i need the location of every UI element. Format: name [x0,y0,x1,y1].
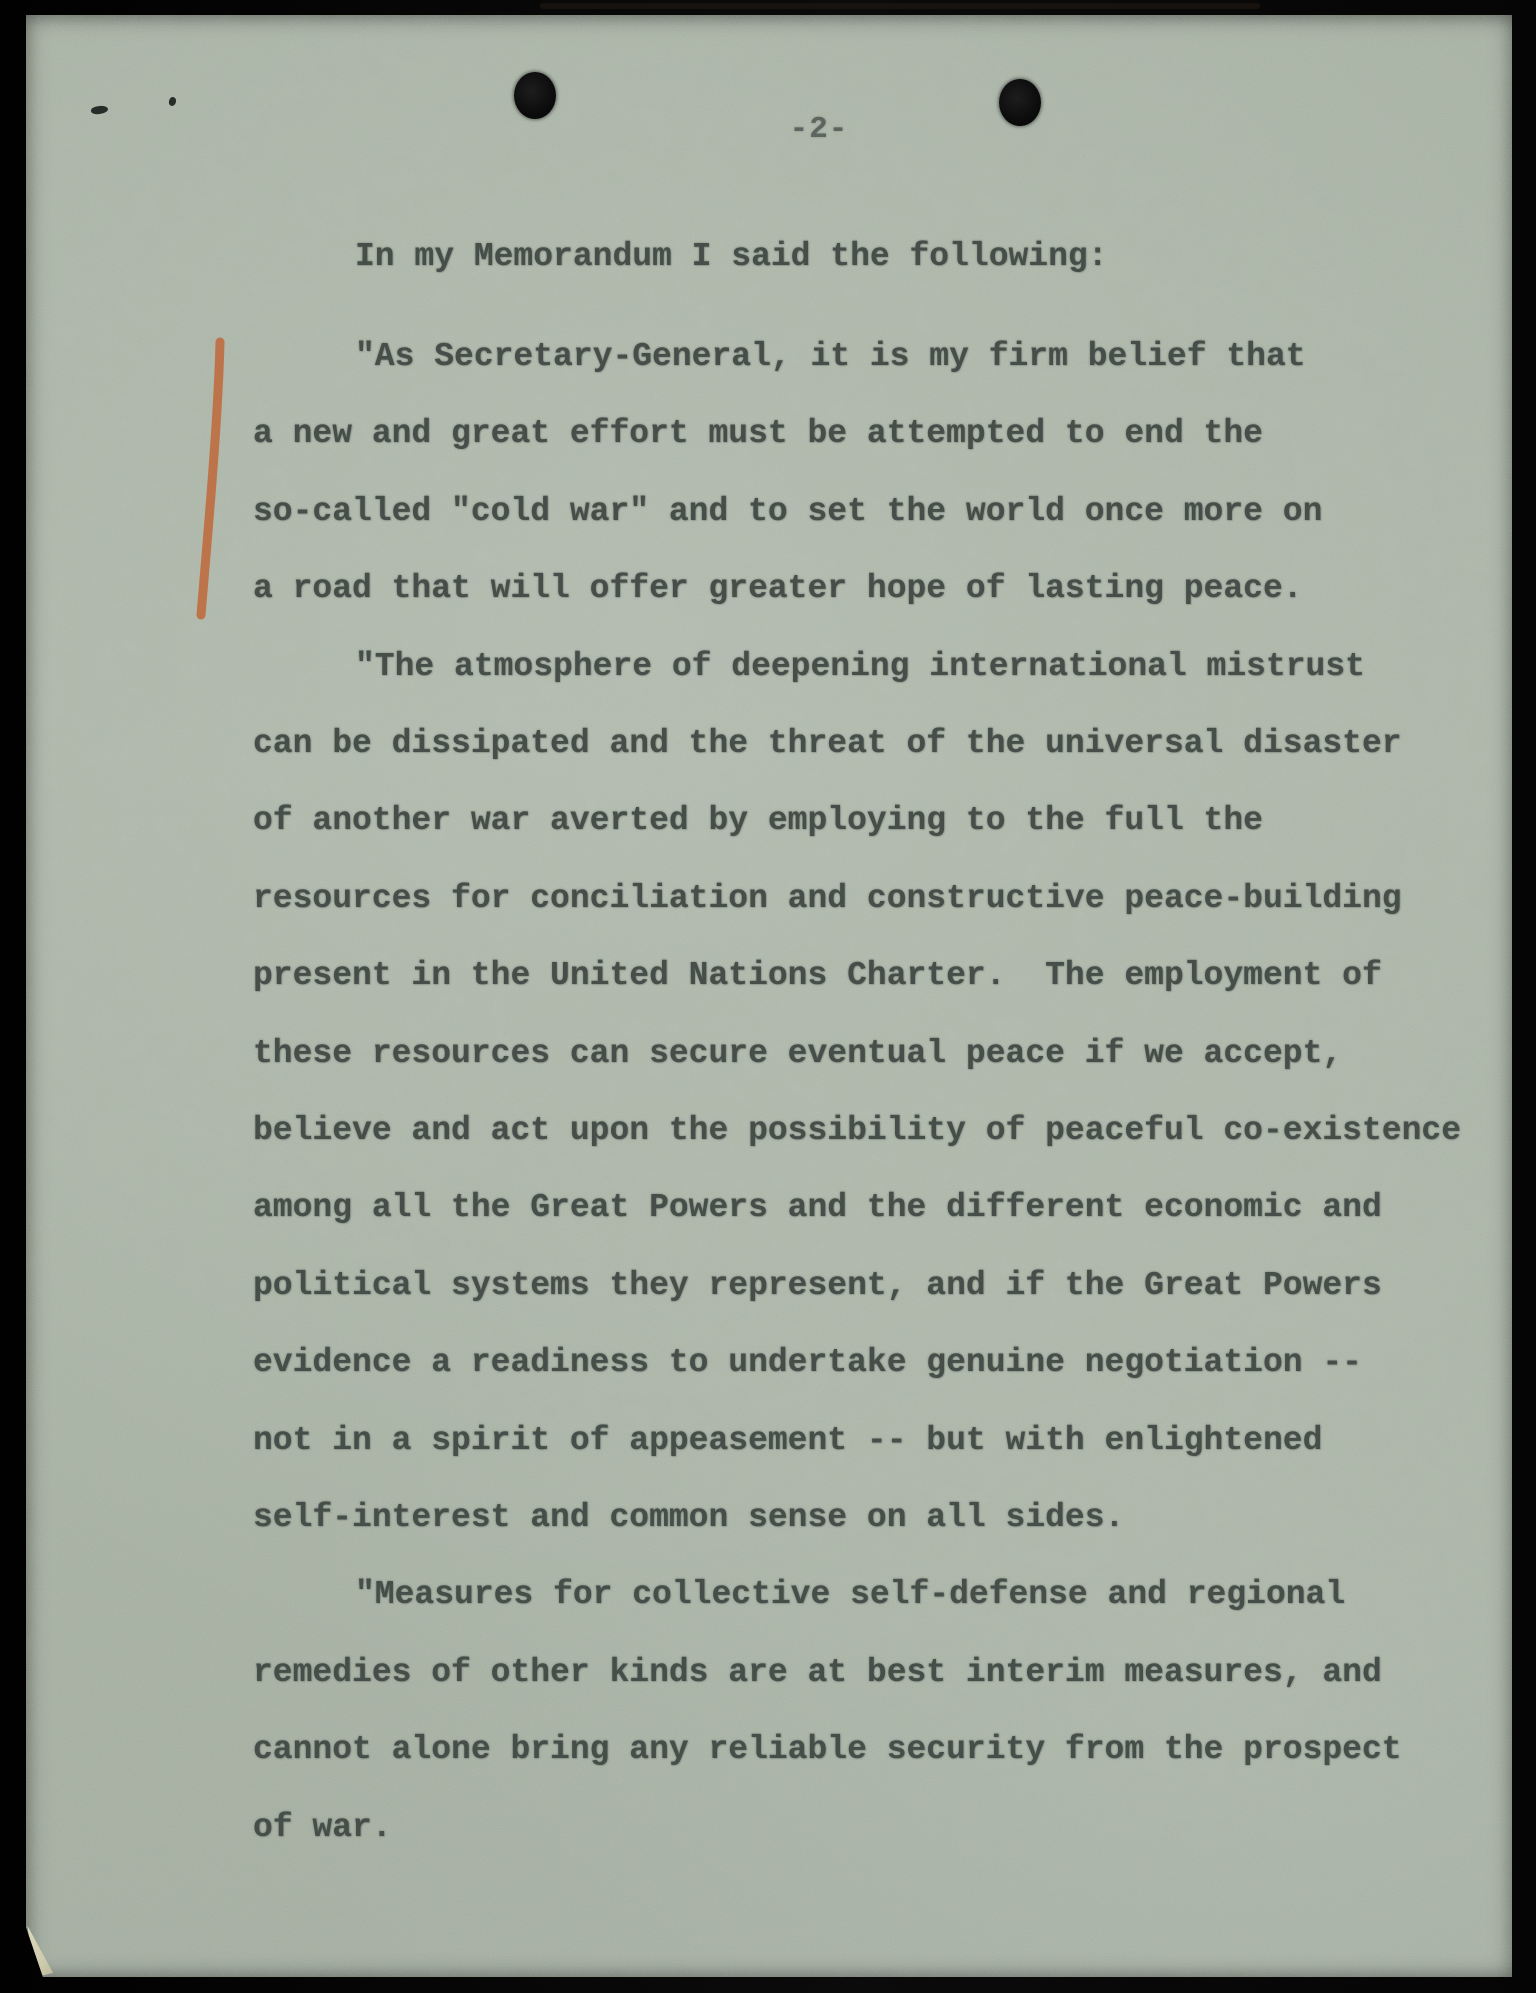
hole-punch-left [514,72,556,119]
scan-background: -2- In my Memorandum I said the followin… [0,0,1536,1993]
typed-line: "The atmosphere of deepening internation… [253,649,1365,685]
margin-annotation-line [176,330,256,630]
typed-line: of another war averted by employing to t… [253,803,1263,839]
margin-annotation-stroke [201,342,220,615]
typed-line: In my Memorandum I said the following: [253,239,1108,275]
typed-line: these resources can secure eventual peac… [253,1036,1342,1072]
ink-speck [168,96,178,107]
typed-line: a new and great effort must be attempted… [253,416,1263,452]
typed-lines: In my Memorandum I said the following:"A… [253,239,1503,1919]
typed-line: among all the Great Powers and the diffe… [253,1190,1382,1226]
typed-line: not in a spirit of appeasement -- but wi… [253,1423,1322,1459]
typed-line: resources for conciliation and construct… [253,881,1402,917]
typed-line: "As Secretary-General, it is my firm bel… [253,339,1306,375]
scan-streak [540,3,1260,9]
typed-line: present in the United Nations Charter. T… [253,958,1382,994]
typed-line: evidence a readiness to undertake genuin… [253,1345,1362,1381]
ink-speck [91,105,109,115]
document-page: -2- In my Memorandum I said the followin… [26,15,1512,1977]
hole-punch-right [999,79,1041,126]
folded-corner [26,1926,53,1978]
typed-line: self-interest and common sense on all si… [253,1500,1124,1536]
typed-line: cannot alone bring any reliable security… [253,1732,1402,1768]
typed-line: a road that will offer greater hope of l… [253,571,1303,607]
typed-line: can be dissipated and the threat of the … [253,726,1402,762]
typed-line: remedies of other kinds are at best inte… [253,1655,1382,1691]
typed-line: so-called "cold war" and to set the worl… [253,494,1322,530]
page-number: -2- [774,112,864,148]
typed-line: political systems they represent, and if… [253,1268,1382,1304]
typed-line: believe and act upon the possibility of … [253,1113,1461,1149]
typed-line: of war. [253,1810,392,1846]
typed-line: "Measures for collective self-defense an… [253,1577,1345,1613]
